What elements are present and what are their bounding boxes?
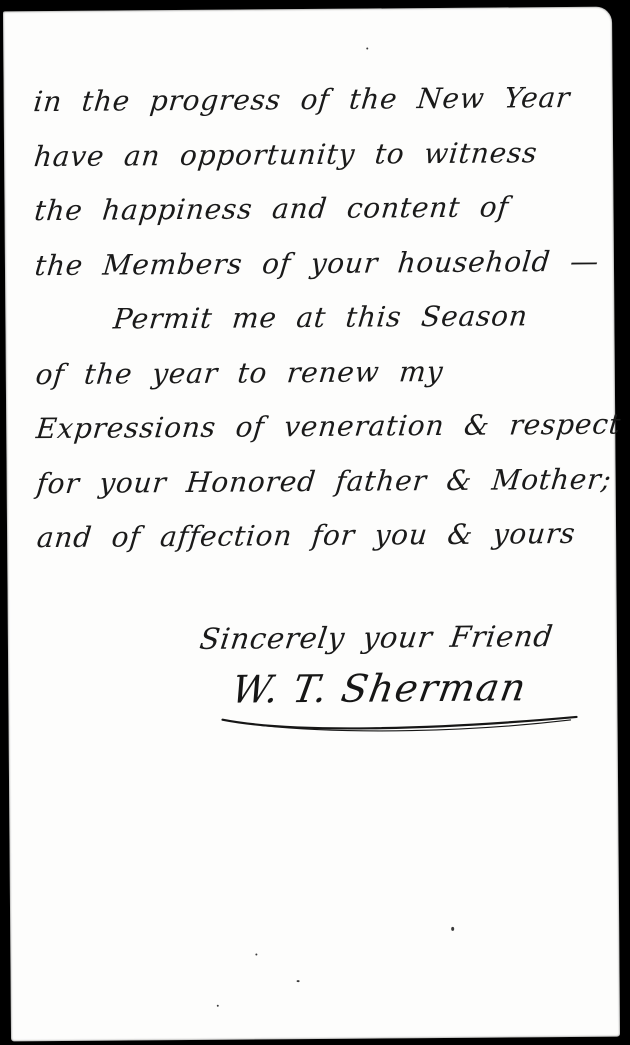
letter-line-3: the happiness and content of (31, 190, 609, 249)
letter-line-2: have an opportunity to witness (30, 135, 608, 194)
letter-paper: in the progress of the New Year have an … (3, 7, 620, 1042)
letter-line-1: in the progress of the New Year (30, 81, 608, 140)
scan-speck (255, 953, 257, 955)
scan-speck (451, 927, 454, 931)
letter-line-8: for your Honored father & Mother; (33, 462, 611, 521)
letter-line-7: Expressions of veneration & respect (33, 408, 611, 467)
letter-line-9: and of affection for you & yours (33, 517, 611, 576)
scan-speck (297, 980, 300, 982)
letter-line-4: the Members of your household — (31, 244, 609, 303)
letter-line-6: of the year to renew my (32, 353, 610, 412)
signature-text: W. T. Sherman (229, 665, 531, 711)
scanned-letter-page: in the progress of the New Year have an … (0, 0, 630, 1045)
letter-body: in the progress of the New Year have an … (30, 81, 607, 576)
letter-line-5: Permit me at this Season (32, 299, 610, 358)
letter-closing: Sincerely your Friend (198, 619, 556, 656)
signature-flourish-underline (220, 709, 582, 738)
scan-speck (366, 48, 368, 50)
scan-speck (217, 1005, 219, 1007)
